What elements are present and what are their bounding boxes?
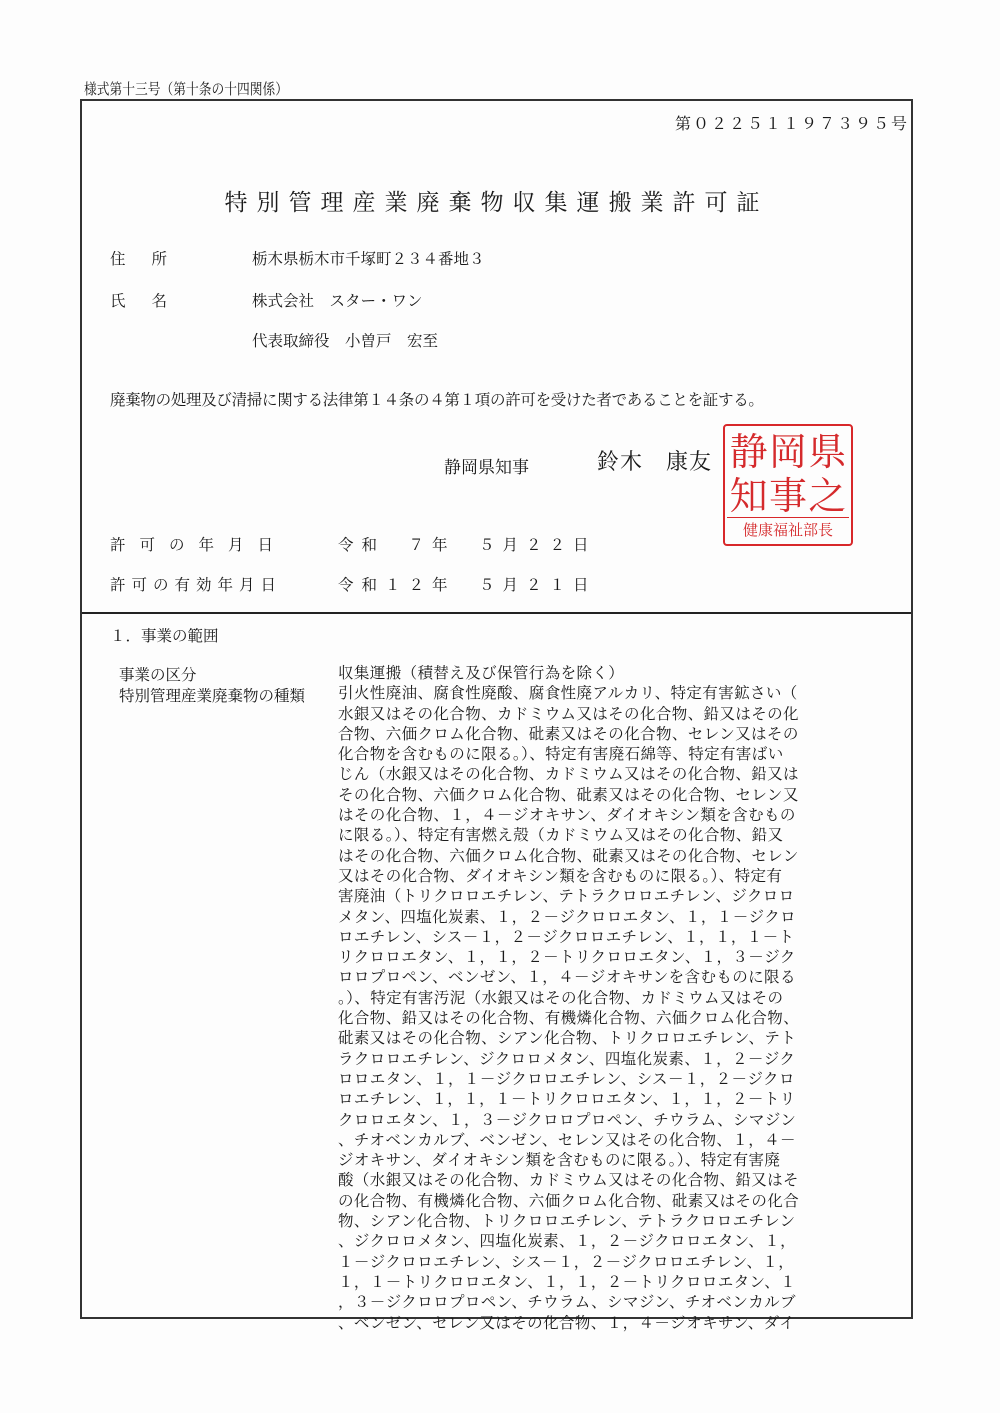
seal-char: 事 <box>768 474 807 518</box>
waste-types-line: 物、シアン化合物、トリクロロエチレン、テトラクロロエチレン <box>338 1211 866 1231</box>
representative-name: 代表取締役 小曽戸 宏至 <box>252 329 438 351</box>
permit-date-value: 令和 ７年 ５月２２日 <box>338 536 597 554</box>
seal-char: 岡 <box>768 430 807 474</box>
business-type-value: 収集運搬（積替え及び保管行為を除く） <box>338 663 866 683</box>
waste-types-line: ロロエタン、１，１－ジクロロエチレン、シス－１，２－ジクロ <box>338 1069 866 1089</box>
waste-types-line: の化合物、有機燐化合物、六価クロム化合物、砒素又はその化合 <box>338 1191 866 1211</box>
waste-types-line: １－ジクロロエチレン、シス－１，２－ジクロロエチレン、１， <box>338 1252 866 1272</box>
valid-until-label: 許可の有効年月日 <box>110 573 338 595</box>
certificate-number: 第０２２５１１９７３９５号 <box>675 111 909 134</box>
waste-types-line: ロエチレン、シス－１，２－ジクロロエチレン、１，１，１－ト <box>338 927 866 947</box>
waste-types-line: はその化合物、六価クロム化合物、砒素又はその化合物、セレン <box>338 846 866 866</box>
waste-types-line: ジオキサン、ダイオキシン類を含むものに限る。）、特定有害廃 <box>338 1150 866 1170</box>
waste-types-line: ロエチレン、１，１，１－トリクロロエタン、１，１，２－トリ <box>338 1089 866 1109</box>
waste-types-line: メタン、四塩化炭素、１，２－ジクロロエタン、１，１－ジクロ <box>338 907 866 927</box>
waste-types-line: １，１－トリクロロエタン、１，１，２－トリクロロエタン、１ <box>338 1272 866 1292</box>
waste-types-line: 砒素又はその化合物、シアン化合物、トリクロロエチレン、テト <box>338 1028 866 1048</box>
waste-types-line: 合物、六価クロム化合物、砒素又はその化合物、セレン又はその <box>338 724 866 744</box>
waste-types-line: リクロロエタン、１，１，２－トリクロロエタン、１，３－ジク <box>338 947 866 967</box>
waste-types-line: 。）、特定有害汚泥（水銀又はその化合物、カドミウム又はその <box>338 988 866 1008</box>
scope-values: 収集運搬（積替え及び保管行為を除く） 引火性廃油、腐食性廃酸、腐食性廃アルカリ、… <box>338 663 866 1333</box>
official-seal-stamp: 県 岡 静 之 事 知 健康福祉部長 <box>723 424 853 546</box>
waste-types-line: 酸（水銀又はその化合物、カドミウム又はその化合物、鉛又はそ <box>338 1170 866 1190</box>
seal-char: 知 <box>729 474 768 518</box>
waste-types-line: に限る。）、特定有害燃え殻（カドミウム又はその化合物、鉛又 <box>338 825 866 845</box>
waste-types-line: 水銀又はその化合物、カドミウム又はその化合物、鉛又はその化 <box>338 704 866 724</box>
certification-statement: 廃棄物の処理及び清掃に関する法律第１４条の４第１項の許可を受けた者であることを証… <box>110 388 764 410</box>
address-value: 栃木県栃木市千塚町２３４番地３ <box>252 247 485 269</box>
waste-types-line: クロロエタン、１，３－ジクロロプロペン、チウラム、シマジン <box>338 1110 866 1130</box>
permit-date-row: 許可の年月日令和 ７年 ５月２２日 <box>110 533 597 555</box>
certificate-frame: 第０２２５１１９７３９５号 特別管理産業廃棄物収集運搬業許可証 住所 栃木県栃木… <box>80 99 913 1319</box>
scope-section-title: １．事業の範囲 <box>110 624 219 646</box>
waste-types-line: 引火性廃油、腐食性廃酸、腐食性廃アルカリ、特定有害鉱さい（ <box>338 683 866 703</box>
permit-date-label: 許可の年月日 <box>110 533 338 555</box>
valid-until-row: 許可の有効年月日令和１２年 ５月２１日 <box>110 573 597 595</box>
seal-char: 之 <box>808 474 847 518</box>
issuer-name: 鈴木 康友 <box>597 445 712 476</box>
name-label: 氏名 <box>110 289 193 311</box>
waste-types-label: 特別管理産業廃棄物の種類 <box>119 684 305 706</box>
waste-types-line: 化合物、鉛又はその化合物、有機燐化合物、六価クロム化合物、 <box>338 1008 866 1028</box>
waste-types-line: はその化合物、１，４－ジオキサン、ダイオキシン類を含むもの <box>338 805 866 825</box>
seal-char: 県 <box>808 430 847 474</box>
form-number-label: 様式第十三号（第十条の十四関係） <box>84 78 288 99</box>
waste-types-line: ロロプロペン、ベンゼン、１，４－ジオキサンを含むものに限る <box>338 967 866 987</box>
waste-types-line: ラクロロエチレン、ジクロロメタン、四塩化炭素、１，２－ジク <box>338 1049 866 1069</box>
seal-bottom-text: 健康福祉部長 <box>727 517 849 542</box>
waste-types-line: 化合物を含むものに限る。）、特定有害廃石綿等、特定有害ばい <box>338 744 866 764</box>
seal-char: 静 <box>729 430 768 474</box>
waste-types-line: 、ベンゼン、セレン又はその化合物、１，４－ジオキサン、ダイ <box>338 1313 866 1333</box>
valid-until-value: 令和１２年 ５月２１日 <box>338 576 597 594</box>
company-name: 株式会社 スター・ワン <box>252 289 423 311</box>
waste-types-line: その化合物、六価クロム化合物、砒素又はその化合物、セレン又 <box>338 785 866 805</box>
business-type-label: 事業の区分 <box>119 663 197 685</box>
waste-types-line: 害廃油（トリクロロエチレン、テトラクロロエチレン、ジクロロ <box>338 886 866 906</box>
waste-types-line: 、チオベンカルブ、ベンゼン、セレン又はその化合物、１，４－ <box>338 1130 866 1150</box>
seal-characters: 県 岡 静 之 事 知 <box>729 430 847 518</box>
waste-types-line: 又はその化合物、ダイオキシン類を含むものに限る。）、特定有 <box>338 866 866 886</box>
section-divider <box>82 612 911 614</box>
issuer-title: 静岡県知事 <box>444 453 529 478</box>
waste-types-list: 引火性廃油、腐食性廃酸、腐食性廃アルカリ、特定有害鉱さい（水銀又はその化合物、カ… <box>338 683 866 1333</box>
address-label: 住所 <box>110 247 193 269</box>
waste-types-line: ，３－ジクロロプロペン、チウラム、シマジン、チオベンカルブ <box>338 1292 866 1312</box>
waste-types-line: じん（水銀又はその化合物、カドミウム又はその化合物、鉛又は <box>338 764 866 784</box>
waste-types-line: 、ジクロロメタン、四塩化炭素、１，２－ジクロロエタン、１， <box>338 1231 866 1251</box>
document-title: 特別管理産業廃棄物収集運搬業許可証 <box>82 184 911 217</box>
